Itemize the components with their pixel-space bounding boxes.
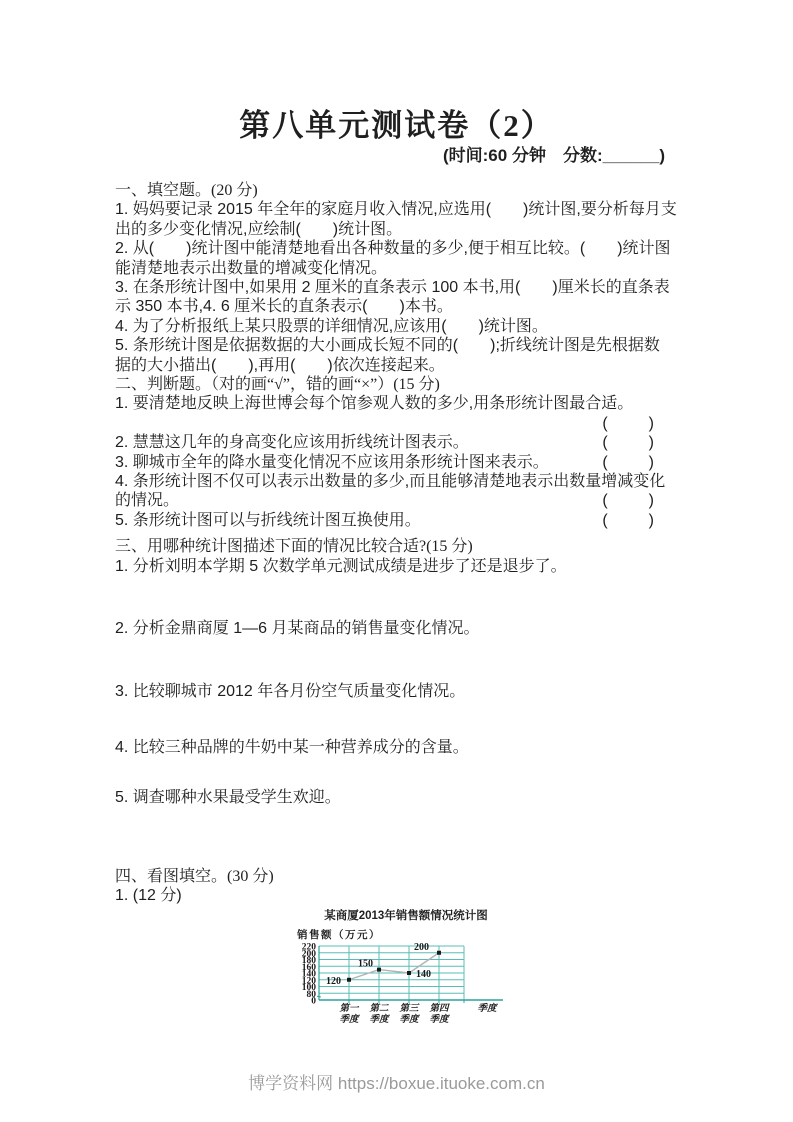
category-label: 第三 (399, 1002, 420, 1014)
question-line: 2. 分析金鼎商厦 1—6 月某商品的销售量变化情况。 (115, 619, 682, 638)
question-text: 2. 从( )统计图中能清楚地看出各种数量的多少,便于相互比较。( )统计图 (115, 240, 671, 257)
question-line: ( ) (115, 414, 682, 433)
question-line: 示 350 本书,4. 6 厘米长的直条表示( )本书。 (115, 297, 682, 316)
question-line: 4. 为了分析报纸上某只股票的详细情况,应该用( )统计图。 (115, 317, 682, 336)
category-label: 季度 (429, 1013, 450, 1025)
sales-line-chart: 某商厦2013年销售额情况统计图 销售额（万元） 080100120140160… (291, 907, 591, 1036)
value-label: 200 (414, 941, 429, 952)
question-text: 出的多少变化情况,应绘制( )统计图。 (115, 221, 402, 238)
category-label: 第一 (339, 1002, 360, 1014)
question-text: 1. 分析刘明本学期 5 次数学单元测试成绩是进步了还是退步了。 (115, 558, 567, 575)
y-axis-break (317, 996, 321, 997)
question-text: 5. 条形统计图可以与折线统计图互换使用。 (115, 512, 421, 529)
question-line: 3. 比较聊城市 2012 年各月份空气质量变化情况。 (115, 682, 682, 701)
answer-paren: ( ) (602, 511, 657, 530)
question-line: 1. 要清楚地反映上海世博会每个馆参观人数的多少,用条形统计图最合适。 (115, 394, 682, 413)
question-text: 1. (12 分) (115, 887, 182, 904)
question-text: 1. 要清楚地反映上海世博会每个馆参观人数的多少,用条形统计图最合适。 (115, 395, 633, 412)
question-text: 2. 分析金鼎商厦 1—6 月某商品的销售量变化情况。 (115, 620, 479, 637)
test-paper-page: 第八单元测试卷（2） (时间:60 分钟 分数:______) 一、填空题。(2… (0, 0, 793, 1122)
question-text: 3. 比较聊城市 2012 年各月份空气质量变化情况。 (115, 683, 465, 700)
question-line: 5. 调查哪种水果最受学生欢迎。 (115, 788, 682, 807)
chart-title: 某商厦2013年销售额情况统计图 (291, 907, 521, 921)
section-heading: 四、看图填空。(30 分) (115, 867, 682, 886)
answer-paren: ( ) (602, 433, 657, 452)
chart-plot: 080100120140160180200220120150140200第一季度… (291, 940, 591, 1036)
question-text: 5. 调查哪种水果最受学生欢迎。 (115, 789, 341, 806)
data-point-marker (407, 971, 411, 975)
question-line: 出的多少变化情况,应绘制( )统计图。 (115, 220, 682, 239)
question-line: 能清楚地表示出数量的增减变化情况。 (115, 259, 682, 278)
section: 四、看图填空。(30 分)1. (12 分) (115, 867, 682, 906)
question-line: 1. 妈妈要记录 2015 年全年的家庭月收入情况,应选用( )统计图,要分析每… (115, 200, 682, 219)
section-heading: 三、用哪种统计图描述下面的情况比较合适?(15 分) (115, 537, 682, 556)
question-text: 3. 在条形统计图中,如果用 2 厘米的直条表示 100 本书,用( )厘米长的… (115, 279, 670, 296)
question-text: 4. 条形统计图不仅可以表示出数量的多少,而且能够清楚地表示出数量增减变化 (115, 473, 665, 490)
value-label: 140 (416, 969, 431, 980)
value-label: 150 (358, 958, 373, 969)
category-label: 季度 (339, 1013, 360, 1025)
question-line: 5. 条形统计图可以与折线统计图互换使用。( ) (115, 511, 682, 530)
section-heading: 二、判断题。（对的画“√”，错的画“×”）(15 分) (115, 375, 682, 394)
question-line: 4. 条形统计图不仅可以表示出数量的多少,而且能够清楚地表示出数量增减变化 (115, 472, 682, 491)
section: 三、用哪种统计图描述下面的情况比较合适?(15 分)1. 分析刘明本学期 5 次… (115, 537, 682, 807)
question-line: 据的大小描出( ),再用( )依次连接起来。 (115, 356, 682, 375)
content: 一、填空题。(20 分)1. 妈妈要记录 2015 年全年的家庭月收入情况,应选… (115, 181, 682, 1036)
page-title: 第八单元测试卷（2） (0, 100, 793, 145)
category-label: 第四 (429, 1002, 450, 1014)
question-text: 3. 聊城市全年的降水量变化情况不应该用条形统计图来表示。 (115, 454, 549, 471)
question-text: 据的大小描出( ),再用( )依次连接起来。 (115, 357, 445, 374)
answer-paren: ( ) (602, 491, 657, 510)
question-text: 的情况。 (115, 492, 179, 509)
question-text: 4. 比较三种品牌的牛奶中某一种营养成分的含量。 (115, 739, 469, 756)
footer-watermark: 博学资料网 https://boxue.ituoke.com.cn (0, 1069, 793, 1094)
x-axis-suffix-label: 季度 (477, 1002, 498, 1014)
category-label: 第二 (369, 1002, 389, 1014)
time-score-line: (时间:60 分钟 分数:______) (0, 141, 793, 166)
question-text: 1. 妈妈要记录 2015 年全年的家庭月收入情况,应选用( )统计图,要分析每… (115, 201, 677, 218)
answer-paren: ( ) (602, 414, 657, 433)
question-line: 的情况。( ) (115, 491, 682, 510)
data-point-marker (437, 950, 441, 954)
question-text: 能清楚地表示出数量的增减变化情况。 (115, 260, 387, 277)
category-label: 季度 (369, 1013, 390, 1025)
question-line: 3. 聊城市全年的降水量变化情况不应该用条形统计图来表示。( ) (115, 453, 682, 472)
question-line: 5. 条形统计图是依据数据的大小画成长短不同的( );折线统计图是先根据数 (115, 336, 682, 355)
answer-paren: ( ) (602, 453, 657, 472)
question-text: 2. 慧慧这几年的身高变化应该用折线统计图表示。 (115, 434, 469, 451)
section: 一、填空题。(20 分)1. 妈妈要记录 2015 年全年的家庭月收入情况,应选… (115, 181, 682, 375)
question-text: 4. 为了分析报纸上某只股票的详细情况,应该用( )统计图。 (115, 318, 548, 335)
question-text: 示 350 本书,4. 6 厘米长的直条表示( )本书。 (115, 298, 453, 315)
question-line: 1. (12 分) (115, 886, 682, 905)
section: 二、判断题。（对的画“√”，错的画“×”）(15 分)1. 要清楚地反映上海世博… (115, 375, 682, 530)
question-line: 2. 从( )统计图中能清楚地看出各种数量的多少,便于相互比较。( )统计图 (115, 239, 682, 258)
section-heading: 一、填空题。(20 分) (115, 181, 682, 200)
y-tick-label: 220 (302, 942, 317, 952)
question-text: 5. 条形统计图是依据数据的大小画成长短不同的( );折线统计图是先根据数 (115, 337, 660, 354)
question-line: 3. 在条形统计图中,如果用 2 厘米的直条表示 100 本书,用( )厘米长的… (115, 278, 682, 297)
question-line: 2. 慧慧这几年的身高变化应该用折线统计图表示。( ) (115, 433, 682, 452)
question-line: 4. 比较三种品牌的牛奶中某一种营养成分的含量。 (115, 738, 682, 757)
chart-y-axis-label: 销售额（万元） (297, 926, 591, 938)
data-point-marker (347, 977, 351, 981)
category-label: 季度 (399, 1013, 420, 1025)
value-label: 120 (326, 975, 341, 986)
data-point-marker (377, 967, 381, 971)
question-line: 1. 分析刘明本学期 5 次数学单元测试成绩是进步了还是退步了。 (115, 557, 682, 576)
footer-link[interactable]: 博学资料网 https://boxue.ituoke.com.cn (248, 1074, 545, 1093)
